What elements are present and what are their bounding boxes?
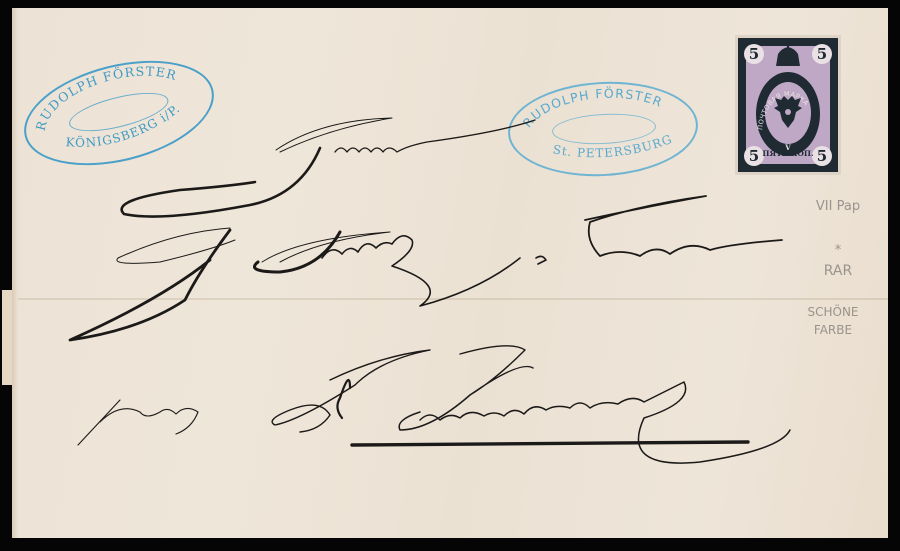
pencil-note-star: * [808,244,868,258]
pencil-note-paper: VII Pap [808,200,868,214]
pencil-note-rar: RAR [808,264,868,279]
pencil-note-schoene: SCHÖNE [800,306,866,319]
pencil-note-farbe: FARBE [800,324,866,337]
handwritten-address [0,0,900,551]
